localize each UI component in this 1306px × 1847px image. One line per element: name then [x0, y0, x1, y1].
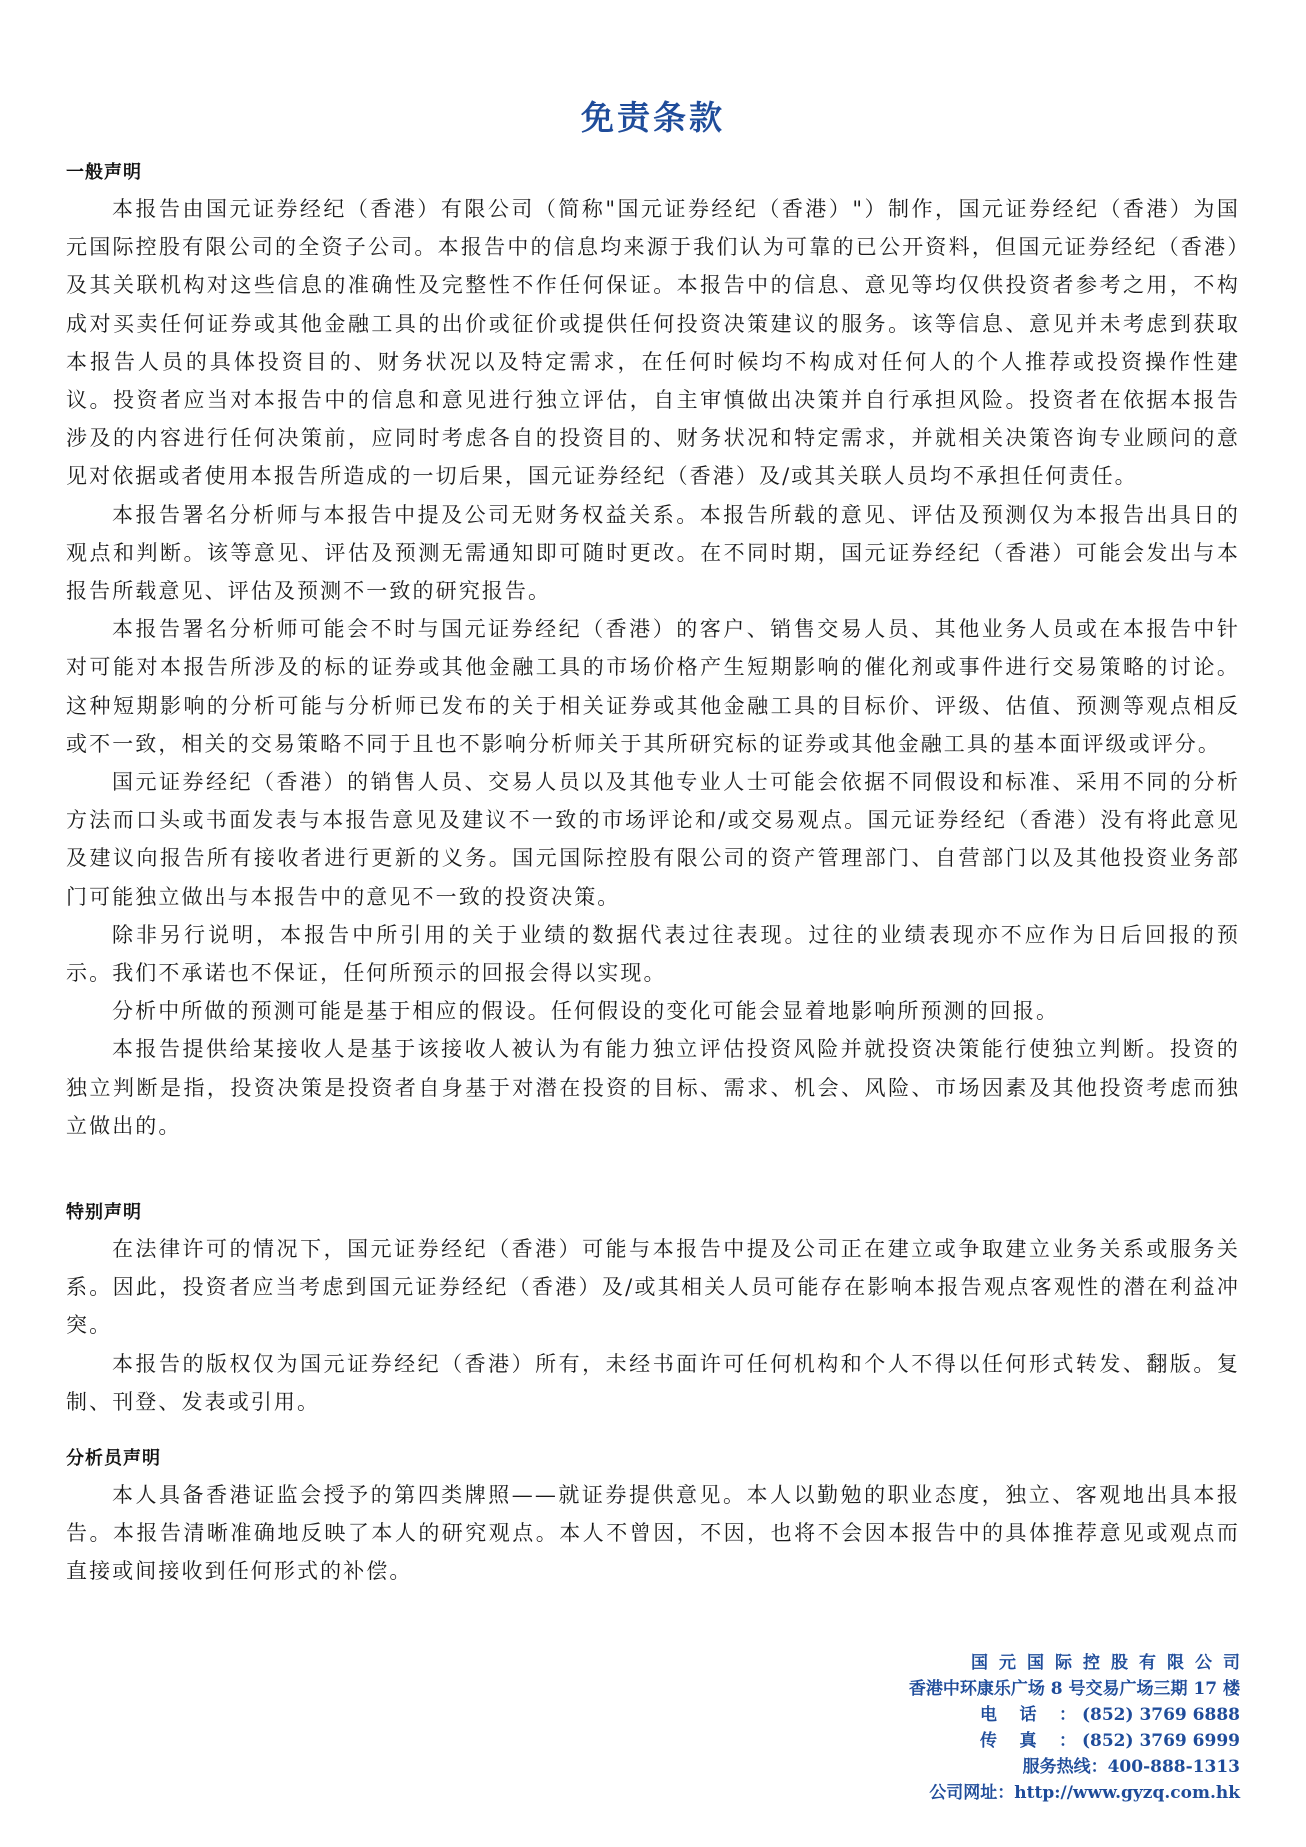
- phone-row: 电话： (852) 3769 6888: [909, 1702, 1240, 1728]
- section-general-statement: 一般声明 本报告由国元证券经纪（香港）有限公司（简称"国元证券经纪（香港）"）制…: [66, 158, 1240, 1145]
- paragraph: 国元证券经纪（香港）的销售人员、交易人员以及其他专业人士可能会依据不同假设和标准…: [66, 763, 1240, 916]
- paragraph: 分析中所做的预测可能是基于相应的假设。任何假设的变化可能会显着地影响所预测的回报…: [66, 992, 1240, 1030]
- company-contact-footer: 国元国际控股有限公司 香港中环康乐广场 8 号交易广场三期 17 楼 电话： (…: [909, 1650, 1240, 1806]
- hotline-row: 服务热线：400-888-1313: [909, 1754, 1240, 1780]
- paragraph: 本报告署名分析师与本报告中提及公司无财务权益关系。本报告所载的意见、评估及预测仅…: [66, 496, 1240, 611]
- paragraph: 本报告提供给某接收人是基于该接收人被认为有能力独立评估投资风险并就投资决策能行使…: [66, 1030, 1240, 1145]
- hotline-label: 服务热线：: [1023, 1757, 1108, 1777]
- section-heading: 特别声明: [66, 1198, 1240, 1228]
- company-name: 国元国际控股有限公司: [909, 1650, 1251, 1676]
- fax-label: 传真：: [980, 1728, 1076, 1754]
- paragraph: 本报告由国元证券经纪（香港）有限公司（简称"国元证券经纪（香港）"）制作，国元证…: [66, 190, 1240, 496]
- hotline-number: 400-888-1313: [1108, 1757, 1240, 1777]
- fax-row: 传真： (852) 3769 6999: [909, 1728, 1240, 1754]
- company-address: 香港中环康乐广场 8 号交易广场三期 17 楼: [909, 1676, 1240, 1702]
- website-label: 公司网址：: [929, 1783, 1014, 1803]
- section-heading: 一般声明: [66, 158, 1240, 188]
- paragraph: 本报告署名分析师可能会不时与国元证券经纪（香港）的客户、销售交易人员、其他业务人…: [66, 610, 1240, 763]
- paragraph: 本报告的版权仅为国元证券经纪（香港）所有，未经书面许可任何机构和个人不得以任何形…: [66, 1345, 1240, 1421]
- section-heading: 分析员声明: [66, 1444, 1240, 1474]
- paragraph: 在法律许可的情况下，国元证券经纪（香港）可能与本报告中提及公司正在建立或争取建立…: [66, 1230, 1240, 1345]
- fax-number: (852) 3769 6999: [1082, 1731, 1240, 1751]
- website-row: 公司网址：http://www.gyzq.com.hk: [909, 1780, 1240, 1806]
- phone-label: 电话：: [980, 1702, 1076, 1728]
- paragraph: 除非另行说明，本报告中所引用的关于业绩的数据代表过往表现。过往的业绩表现亦不应作…: [66, 916, 1240, 992]
- section-analyst-statement: 分析员声明 本人具备香港证监会授予的第四类牌照——就证券提供意见。本人以勤勉的职…: [66, 1444, 1240, 1591]
- page-title: 免责条款: [66, 92, 1240, 139]
- section-special-statement: 特别声明 在法律许可的情况下，国元证券经纪（香港）可能与本报告中提及公司正在建立…: [66, 1198, 1240, 1421]
- phone-number: (852) 3769 6888: [1082, 1705, 1240, 1725]
- website-link[interactable]: http://www.gyzq.com.hk: [1014, 1783, 1240, 1803]
- paragraph: 本人具备香港证监会授予的第四类牌照——就证券提供意见。本人以勤勉的职业态度，独立…: [66, 1476, 1240, 1591]
